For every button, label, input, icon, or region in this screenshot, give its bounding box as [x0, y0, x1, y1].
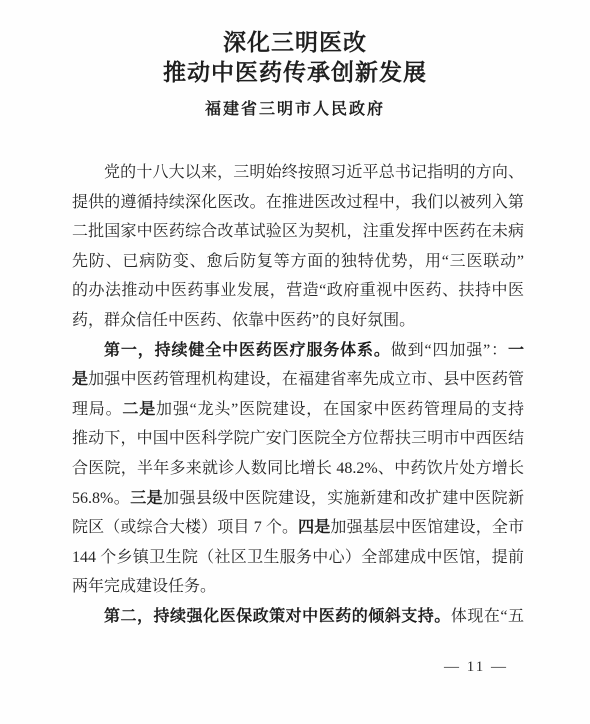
title-line-2: 推动中医药传承创新发展 — [0, 58, 590, 88]
text-run: 体现在“五 — [451, 608, 524, 625]
text-run: 药，群众信任中医药、依靠中医药”的良好氛围。 — [72, 312, 415, 329]
text-run: 合医院，半年多来就诊人数同比增长 48.2%、中药饮片处方增长 — [72, 460, 524, 477]
text-line: 药，群众信任中医药、依靠中医药”的良好氛围。 — [72, 306, 524, 336]
text-line: 第二，持续强化医保政策对中医药的倾斜支持。体现在“五 — [72, 602, 524, 632]
bold-text-run: 第一，持续健全中医药医疗服务体系。 — [104, 342, 391, 359]
bold-text-run: 一 — [508, 342, 524, 359]
text-run: 加强基层中医馆建设，全市 — [330, 519, 524, 536]
text-line: 56.8%。三是加强县级中医院建设，实施新建和改扩建中医院新 — [72, 484, 524, 514]
text-line: 144 个乡镇卫生院（社区卫生服务中心）全部建成中医馆，提前 — [72, 543, 524, 573]
text-line: 合医院，半年多来就诊人数同比增长 48.2%、中药饮片处方增长 — [72, 454, 524, 484]
text-line: 党的十八大以来，三明始终按照习近平总书记指明的方向、 — [72, 158, 524, 188]
text-line: 提供的遵循持续深化医改。在推进医改过程中，我们以被列入第 — [72, 188, 524, 218]
text-run: 加强“龙头”医院建设，在国家中医药管理局的支持 — [156, 401, 524, 418]
text-run: 理局。 — [72, 401, 122, 418]
bold-text-run: 是 — [72, 371, 88, 388]
document-author: 福建省三明市人民政府 — [0, 96, 590, 119]
text-line: 的办法推动中医药事业发展，营造“政府重视中医药、扶持中医 — [72, 276, 524, 306]
text-line: 推动下，中国中医科学院广安门医院全方位帮扶三明市中西医结 — [72, 424, 524, 454]
text-run: 144 个乡镇卫生院（社区卫生服务中心）全部建成中医馆，提前 — [72, 549, 524, 566]
bold-text-run: 二是 — [122, 401, 156, 418]
text-run: 推动下，中国中医科学院广安门医院全方位帮扶三明市中西医结 — [72, 430, 524, 447]
text-run: 加强县级中医院建设，实施新建和改扩建中医院新 — [163, 490, 524, 507]
bold-text-run: 四是 — [298, 519, 330, 536]
bold-text-run: 三是 — [130, 490, 163, 507]
text-run: 做到“四加强”： — [391, 342, 508, 359]
text-line: 院区（或综合大楼）项目 7 个。四是加强基层中医馆建设，全市 — [72, 513, 524, 543]
text-line: 两年完成建设任务。 — [72, 572, 524, 602]
text-line: 先防、已病防变、愈后防复等方面的独特优势，用“三医联动” — [72, 247, 524, 277]
text-line: 是加强中医药管理机构建设，在福建省率先成立市、县中医药管 — [72, 365, 524, 395]
text-run: 加强中医药管理机构建设，在福建省率先成立市、县中医药管 — [88, 371, 524, 388]
text-run: 先防、已病防变、愈后防复等方面的独特优势，用“三医联动” — [72, 253, 524, 270]
document-page: 深化三明医改 推动中医药传承创新发展 福建省三明市人民政府 党的十八大以来，三明… — [0, 0, 590, 724]
title-line-1: 深化三明医改 — [0, 28, 590, 58]
page-title: 深化三明医改 推动中医药传承创新发展 — [0, 0, 590, 88]
text-run: 二批国家中医药综合改革试验区为契机，注重发挥中医药在未病 — [72, 223, 524, 240]
text-run: 两年完成建设任务。 — [72, 578, 216, 595]
text-run: 56.8%。 — [72, 490, 130, 507]
bold-text-run: 第二，持续强化医保政策对中医药的倾斜支持。 — [104, 608, 451, 625]
page-number: — 11 — — [444, 659, 508, 676]
text-run: 院区（或综合大楼）项目 7 个。 — [72, 519, 298, 536]
text-line: 二批国家中医药综合改革试验区为契机，注重发挥中医药在未病 — [72, 217, 524, 247]
text-line: 第一，持续健全中医药医疗服务体系。做到“四加强”：一 — [72, 336, 524, 366]
text-run: 的办法推动中医药事业发展，营造“政府重视中医药、扶持中医 — [72, 282, 524, 299]
text-run: 提供的遵循持续深化医改。在推进医改过程中，我们以被列入第 — [72, 194, 524, 211]
text-run: 党的十八大以来，三明始终按照习近平总书记指明的方向、 — [104, 164, 524, 181]
document-body: 党的十八大以来，三明始终按照习近平总书记指明的方向、提供的遵循持续深化医改。在推… — [72, 158, 524, 632]
text-line: 理局。二是加强“龙头”医院建设，在国家中医药管理局的支持 — [72, 395, 524, 425]
